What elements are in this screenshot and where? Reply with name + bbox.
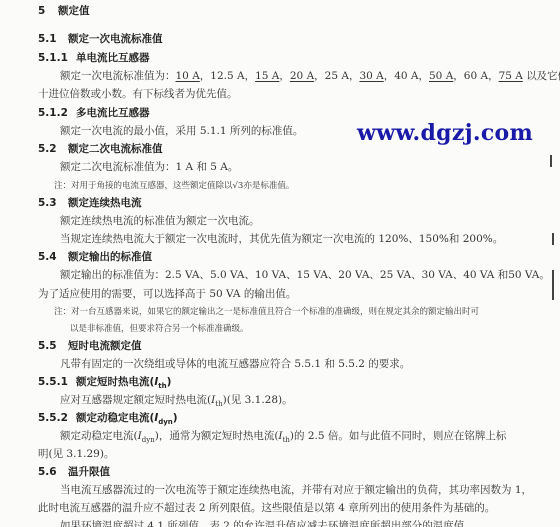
paragraph: 当规定连续热电流大于额定一次电流时，其优先值为额定一次电流的 120%、150%… <box>60 232 503 246</box>
current-value: 20 A <box>290 70 314 82</box>
section-5-2-heading: 5.2额定二次电流标准值 <box>38 142 163 156</box>
primary-current-values: 额定一次电流标准值为：10 A，12.5 A，15 A，20 A，25 A，30… <box>60 69 560 83</box>
paragraph: 额定一次电流的最小值，采用 5.1.1 所列的标准值。 <box>60 124 303 138</box>
section-5-5-heading: 5.5短时电流额定值 <box>38 339 142 353</box>
section-5-5-2-heading: 5.5.2额定动稳定电流(Idyn) <box>38 411 178 429</box>
current-value: 60 A <box>464 70 488 82</box>
note: 以是非标准值，但要求符合另一个标准准确级。 <box>70 322 249 336</box>
change-bar <box>552 233 554 245</box>
change-bar <box>550 155 552 167</box>
section-5-1-2-heading: 5.1.2多电流比互感器 <box>38 106 150 120</box>
paragraph: 凡带有固定的一次绕组或导体的电流互感器应符合 5.5.1 和 5.5.2 的要求… <box>60 357 410 371</box>
current-value: 12.5 A <box>210 70 244 82</box>
paragraph: 如果环境温度超过 4.1 所列值，表 2 的允许温升值应减去环境温度所超出部分的… <box>60 519 475 527</box>
section-5-4-heading: 5.4额定输出的标准值 <box>38 250 152 264</box>
paragraph: 为了适应使用的需要，可以选择高于 50 VA 的输出值。 <box>38 287 296 301</box>
paragraph: 十进位倍数或小数。有下标线者为优先值。 <box>38 87 238 101</box>
section-5-1-heading: 5.1额定一次电流标准值 <box>38 32 163 46</box>
paragraph: 明(见 3.1.29)。 <box>38 447 114 461</box>
change-bar <box>552 270 554 300</box>
current-value: 40 A <box>394 70 418 82</box>
current-value: 75 A <box>499 70 523 82</box>
current-value: 50 A <box>429 70 453 82</box>
section-5-1-1-heading: 5.1.1单电流比互感器 <box>38 51 150 65</box>
paragraph: 当电流互感器流过的一次电流等于额定连续热电流，并带有对应于额定输出的负荷，其功率… <box>60 483 532 497</box>
value-list: 10 A，12.5 A，15 A，20 A，25 A，30 A，40 A，50 … <box>176 70 527 82</box>
current-value: 15 A <box>255 70 279 82</box>
paragraph: 额定二次电流标准值为：1 A 和 5 A。 <box>60 160 238 174</box>
paragraph: 额定输出的标准值为：2.5 VA、5.0 VA、10 VA、15 VA、20 V… <box>60 268 550 282</box>
paragraph: 额定连续热电流的标准值为额定一次电流。 <box>60 214 260 228</box>
section-5-6-heading: 5.6温升限值 <box>38 465 110 479</box>
paragraph: 额定动稳定电流(Idyn)，通常为额定短时热电流(Ith)的 2.5 倍。如与此… <box>60 429 506 447</box>
note: 注：对一台互感器来说，如果它的额定输出之一是标准值且符合一个标准的准确级，则在规… <box>54 305 479 319</box>
section-5-5-1-heading: 5.5.1额定短时热电流(Ith) <box>38 375 171 393</box>
watermark-url: www.dgzj.com <box>357 120 533 146</box>
current-value: 30 A <box>359 70 383 82</box>
section-5-heading: 5额定值 <box>38 4 90 18</box>
note: 注：对用于角接的电流互感器，这些额定值除以√3亦是标准值。 <box>54 179 294 193</box>
paragraph: 此时电流互感器的温升应不超过表 2 所列限值。这些限值是以第 4 章所列出的使用… <box>38 501 495 515</box>
section-5-3-heading: 5.3额定连续热电流 <box>38 196 142 210</box>
current-value: 10 A <box>176 70 200 82</box>
current-value: 25 A <box>325 70 349 82</box>
paragraph: 应对互感器规定额定短时热电流(Ith)(见 3.1.28)。 <box>60 393 293 411</box>
